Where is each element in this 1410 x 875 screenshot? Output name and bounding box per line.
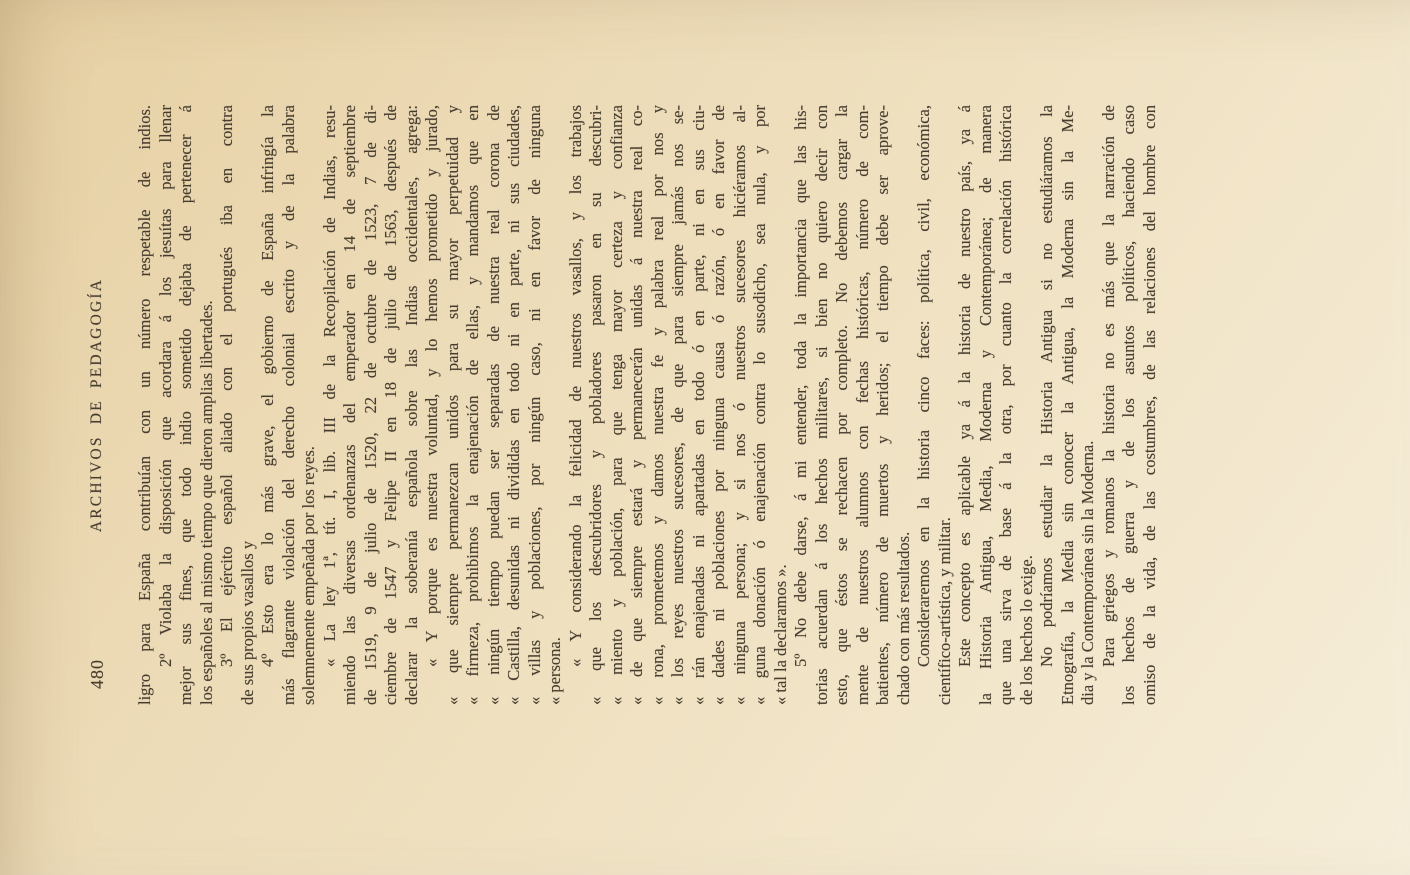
- paragraph: 3º El ejército español aliado con el por…: [217, 105, 258, 705]
- text-line: « que los descubridores y pobladores pas…: [586, 105, 607, 705]
- page-body-text: ligro para España contribuían con un núm…: [135, 105, 1160, 705]
- text-line: « ninguna persona; y si nos ó nuestros s…: [730, 105, 751, 705]
- text-line: batientes, número de muertos y heridos; …: [873, 105, 894, 705]
- text-line: « Y considerando la felicidad de nuestro…: [566, 105, 587, 705]
- text-line: los hechos de guerra y de los asuntos po…: [1119, 105, 1140, 705]
- scanned-book-page: 480 ARCHIVOS DE PEDAGOGÍA ligro para Esp…: [0, 0, 1410, 875]
- paragraph: No podríamos estudiar la Historia Antigu…: [1037, 105, 1099, 705]
- text-line: « dades ni poblaciones por ninguna causa…: [709, 105, 730, 705]
- text-line: omiso de la vida, de las costumbres, de …: [1140, 105, 1161, 705]
- text-line: « rán enajenadas ni apartadas en todo ó …: [689, 105, 710, 705]
- page-rotated-content: 480 ARCHIVOS DE PEDAGOGÍA ligro para Esp…: [0, 0, 1410, 875]
- text-line: científico-artística, y militar.: [935, 105, 956, 705]
- text-line: « de que siempre estará y permanecerán u…: [627, 105, 648, 705]
- text-line: « los reyes nuestros sucesores, de que p…: [668, 105, 689, 705]
- text-line: de 1519, 9 de julio de 1520, 22 de octub…: [361, 105, 382, 705]
- text-line: « que siempre permanezcan unidos para su…: [443, 105, 464, 705]
- text-line: ligro para España contribuían con un núm…: [135, 105, 156, 705]
- text-line: torias acuerdan á los hechos militares, …: [812, 105, 833, 705]
- text-line: esto, que éstos se rechacen por completo…: [832, 105, 853, 705]
- paragraph: 5º No debe darse, á mi entender, toda la…: [791, 105, 914, 705]
- text-line: de los hechos lo exige.: [1017, 105, 1038, 705]
- text-line: « firmeza, prohibimos la enajenación de …: [463, 105, 484, 705]
- text-line: más flagrante violación del derecho colo…: [279, 105, 300, 705]
- paragraph: « Y porque es nuestra voluntad, y lo hem…: [422, 105, 566, 705]
- page-header: 480 ARCHIVOS DE PEDAGOGÍA: [86, 105, 112, 705]
- paragraph: Consideraremos en la historia cinco face…: [914, 105, 955, 705]
- text-line: « Castilla, desunidas ni divididas en to…: [504, 105, 525, 705]
- text-line: 2º Violaba la disposición que acordara á…: [156, 105, 177, 705]
- text-line: 5º No debe darse, á mi entender, toda la…: [791, 105, 812, 705]
- paragraph: 2º Violaba la disposición que acordara á…: [156, 105, 218, 705]
- text-line: 3º El ejército español aliado con el por…: [217, 105, 238, 705]
- text-line: « tal la declaramos ».: [771, 105, 792, 705]
- text-line: ciembre de 1547 y Felipe II en 18 de jul…: [381, 105, 402, 705]
- text-line: solemnemente empeñada por los reyes.: [299, 105, 320, 705]
- text-line: Este concepto es aplicable ya á la histo…: [955, 105, 976, 705]
- text-line: No podríamos estudiar la Historia Antigu…: [1037, 105, 1058, 705]
- journal-title: ARCHIVOS DE PEDAGOGÍA: [86, 105, 106, 705]
- text-line: Para griegos y romanos la historia no es…: [1099, 105, 1120, 705]
- text-line: 4º Esto era lo más grave, el gobierno de…: [258, 105, 279, 705]
- paragraph: « La ley 1ª, tít. I, lib. III de la Reco…: [320, 105, 423, 705]
- text-line: miendo las diversas ordenanzas del emper…: [340, 105, 361, 705]
- text-line: « guna donación ó enajenación contra lo …: [750, 105, 771, 705]
- text-line: mente de nuestros alumnos con fechas his…: [853, 105, 874, 705]
- text-line: « La ley 1ª, tít. I, lib. III de la Reco…: [320, 105, 341, 705]
- text-line: « ningún tiempo puedan ser separadas de …: [484, 105, 505, 705]
- text-line: los españoles al mismo tiempo que dieron…: [197, 105, 218, 705]
- text-line: dia y la Contemporánea sin la Moderna.: [1078, 105, 1099, 705]
- text-line: Etnografía, la Media sin conocer la Anti…: [1058, 105, 1079, 705]
- text-line: que una sirva de base á la otra, por cua…: [996, 105, 1017, 705]
- text-line: declarar la soberanía española sobre las…: [402, 105, 423, 705]
- text-line: chado con más resultados.: [894, 105, 915, 705]
- text-line: mejor sus fines, que todo indio sometido…: [176, 105, 197, 705]
- text-line: Consideraremos en la historia cinco face…: [914, 105, 935, 705]
- paragraph: « Y considerando la felicidad de nuestro…: [566, 105, 792, 705]
- paragraph: ligro para España contribuían con un núm…: [135, 105, 156, 705]
- text-line: « persona.: [545, 105, 566, 705]
- text-line: « miento y población, para que tenga may…: [607, 105, 628, 705]
- paragraph: Para griegos y romanos la historia no es…: [1099, 105, 1161, 705]
- text-line: de sus propios vasallos y: [238, 105, 259, 705]
- paragraph: 4º Esto era lo más grave, el gobierno de…: [258, 105, 320, 705]
- text-line: « rona, prometemos y damos nuestra fe y …: [648, 105, 669, 705]
- page-number: 480: [87, 659, 108, 689]
- text-line: « villas y poblaciones, por ningún caso,…: [525, 105, 546, 705]
- paragraph: Este concepto es aplicable ya á la histo…: [955, 105, 1037, 705]
- text-line: « Y porque es nuestra voluntad, y lo hem…: [422, 105, 443, 705]
- text-line: la Historia Antigua, Media, Moderna y Co…: [976, 105, 997, 705]
